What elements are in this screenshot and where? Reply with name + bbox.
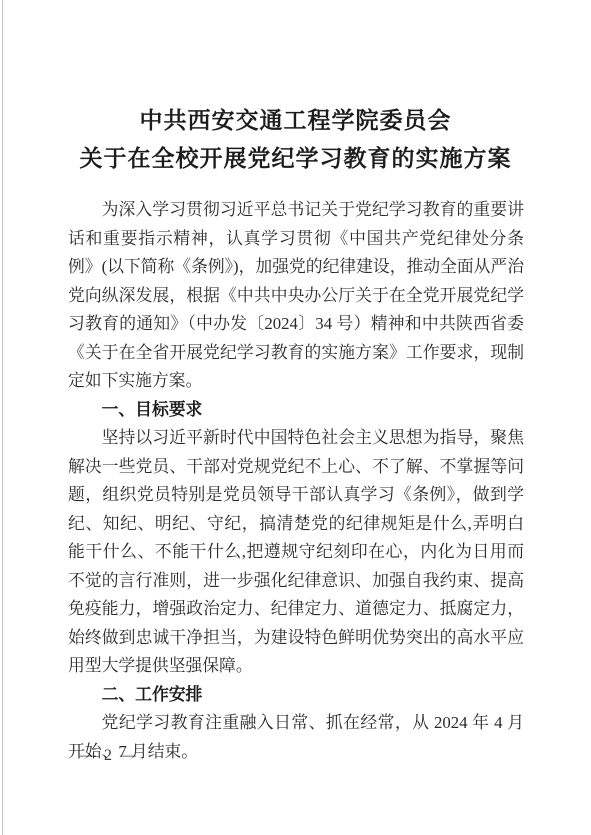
page-left-edge-line — [2, 0, 3, 835]
paragraph-preamble: 为深入学习贯彻习近平总书记关于党纪学习教育的重要讲话和重要指示精神，认真学习贯彻… — [68, 196, 524, 396]
document-title: 中共西安交通工程学院委员会 关于在全校开展党纪学习教育的实施方案 — [0, 0, 591, 178]
section-heading-goals: 一、目标要求 — [68, 396, 524, 425]
paragraph-goals: 坚持以习近平新时代中国特色社会主义思想为指导，聚焦解决一些党员、干部对党规党纪不… — [68, 424, 524, 681]
document-body: 为深入学习贯彻习近平总书记关于党纪学习教育的重要讲话和重要指示精神，认真学习贯彻… — [68, 196, 524, 766]
title-line-1: 中共西安交通工程学院委员会 — [30, 102, 561, 140]
title-line-2: 关于在全校开展党纪学习教育的实施方案 — [30, 140, 561, 178]
page-number: — 2 — — [80, 747, 138, 765]
document-page: 中共西安交通工程学院委员会 关于在全校开展党纪学习教育的实施方案 为深入学习贯彻… — [0, 0, 591, 835]
section-heading-work-plan: 二、工作安排 — [68, 681, 524, 710]
